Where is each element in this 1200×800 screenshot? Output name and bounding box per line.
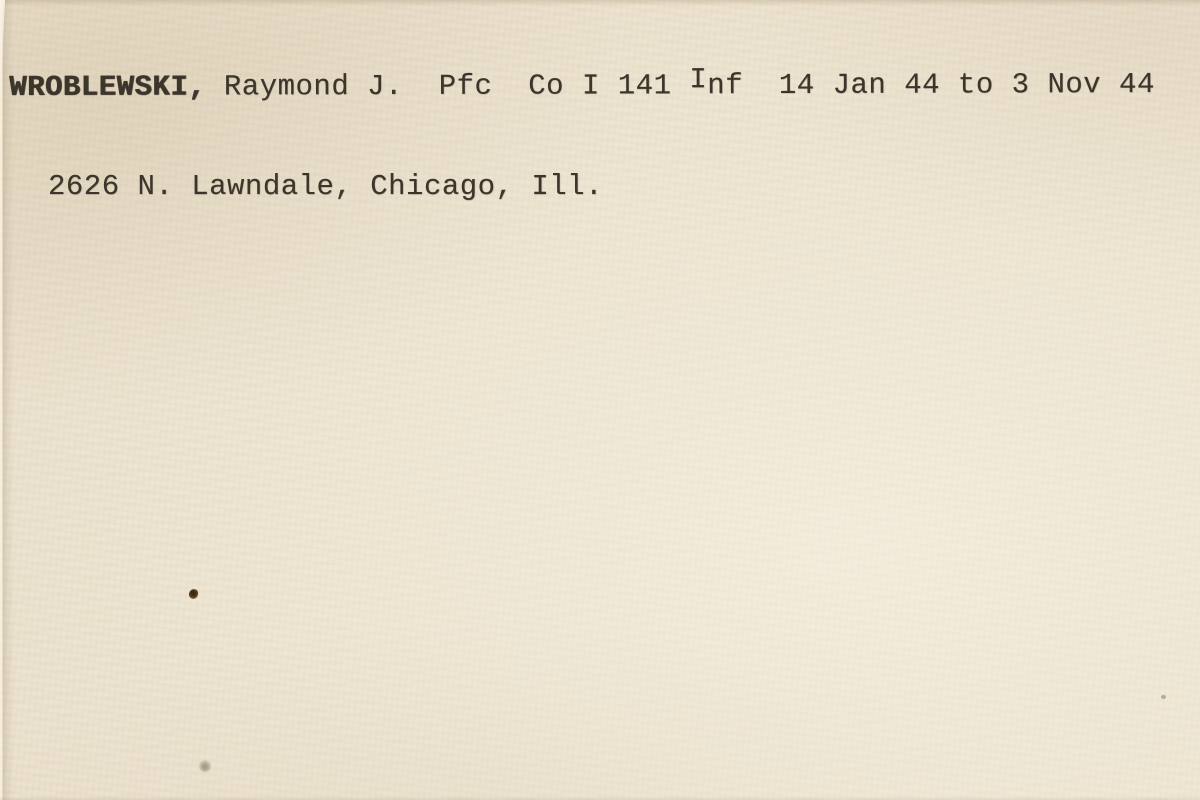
name-rank-unit-text: Raymond J. Pfc Co I 141: [206, 69, 689, 103]
raised-character: I: [689, 63, 707, 96]
address-line: 2626 N. Lawndale, Chicago, Ill.: [48, 170, 1155, 203]
typed-text-block: WROBLEWSKI, Raymond J. Pfc Co I 141 Inf …: [9, 5, 1155, 269]
service-record-line: WROBLEWSKI, Raymond J. Pfc Co I 141 Inf …: [9, 68, 1155, 104]
unit-dates-text: nf 14 Jan 44 to 3 Nov 44: [707, 68, 1155, 102]
card-corner-sliver: [0, 0, 5, 95]
index-card: WROBLEWSKI, Raymond J. Pfc Co I 141 Inf …: [0, 0, 1200, 800]
small-fleck: [1161, 695, 1166, 699]
card-bottom-edge-shadow: [0, 796, 1200, 800]
surname-text: WROBLEWSKI,: [9, 70, 206, 104]
smudge-mark: [199, 760, 211, 772]
ink-speck: [188, 588, 200, 600]
